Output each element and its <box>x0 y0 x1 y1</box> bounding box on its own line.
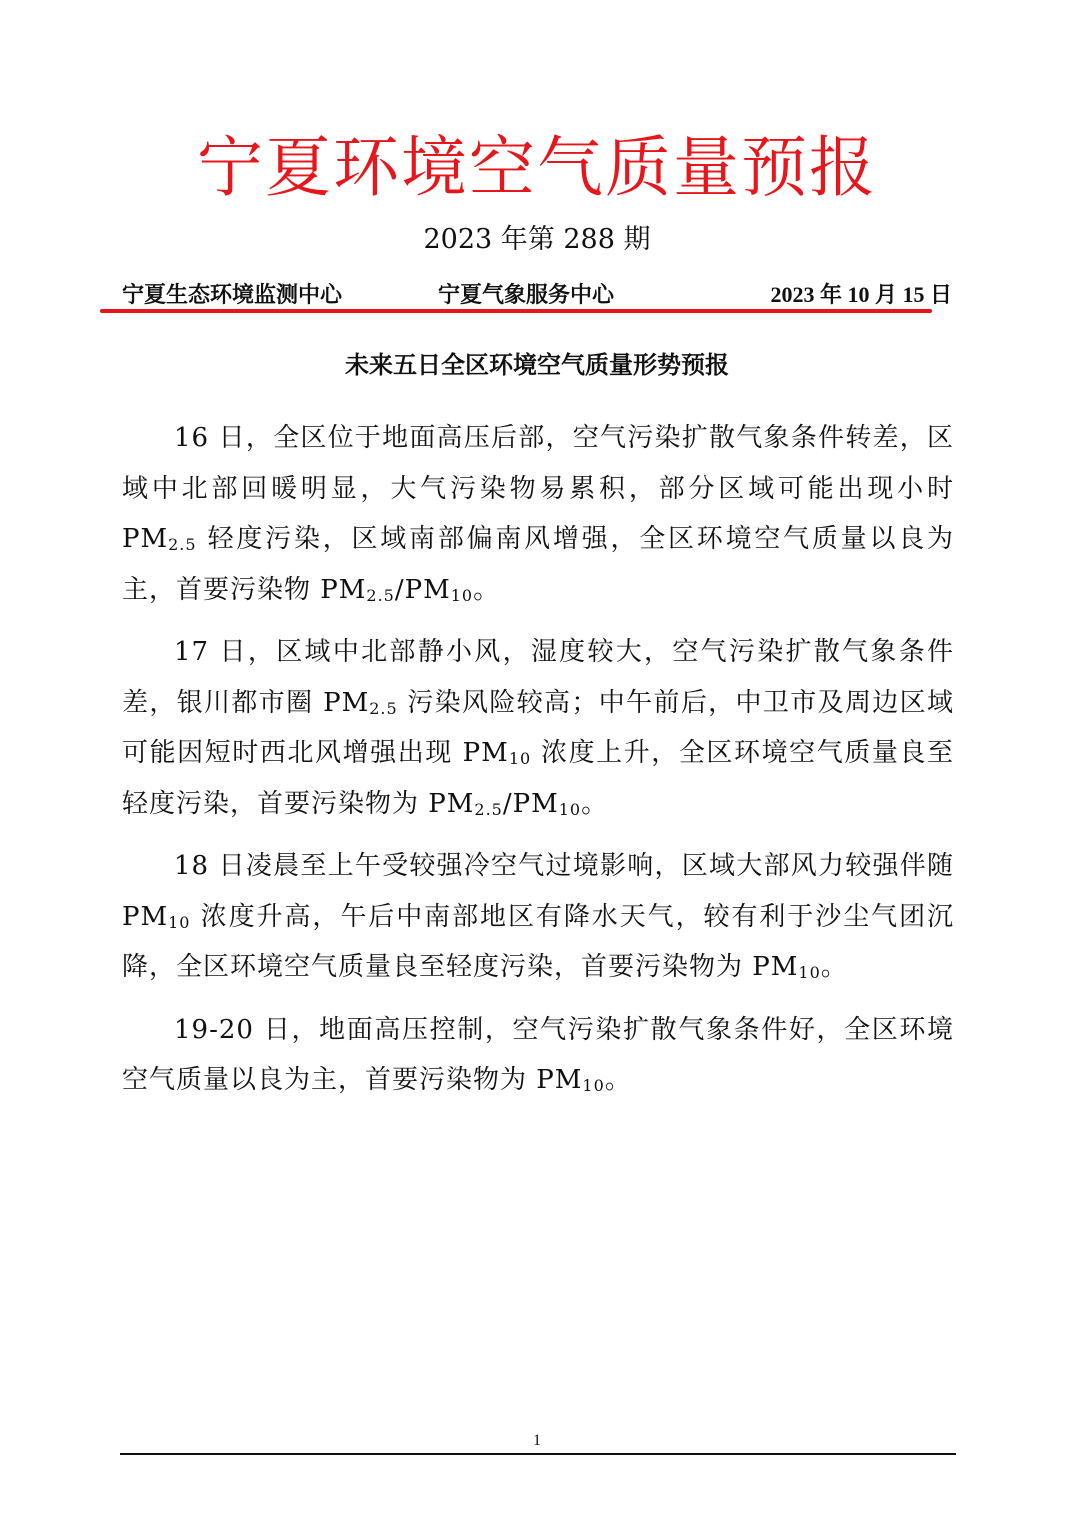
header-meta: 宁夏生态环境监测中心 宁夏气象服务中心 2023 年 10 月 15 日 <box>122 278 952 312</box>
subscript: 10 <box>798 963 820 982</box>
forecast-paragraph: 17 日，区域中北部静小风，湿度较大，空气污染扩散气象条件差，银川都市圈 PM2… <box>122 627 954 829</box>
subscript: 10 <box>168 913 190 932</box>
section-heading: 未来五日全区环境空气质量形势预报 <box>0 345 1074 385</box>
subscript: 2.5 <box>168 535 196 554</box>
red-divider <box>100 309 932 313</box>
forecast-paragraph: 18 日凌晨至上午受较强冷空气过境影响，区域大部风力较强伴随 PM10 浓度升高… <box>122 841 954 993</box>
issue-number: 2023 年第 288 期 <box>0 220 1074 260</box>
subscript: 10 <box>509 749 531 768</box>
subscript: 10 <box>582 1076 604 1095</box>
document-title: 宁夏环境空气质量预报 <box>0 128 1074 208</box>
page-number: 1 <box>0 1432 1074 1450</box>
forecast-paragraph: 19-20 日，地面高压控制，空气污染扩散气象条件好，全区环境空气质量以良为主，… <box>122 1005 954 1106</box>
subscript: 2.5 <box>366 586 394 605</box>
subscript: 10 <box>451 586 473 605</box>
forecast-body: 16 日，全区位于地面高压后部，空气污染扩散气象条件转差，区域中北部回暖明显，大… <box>122 413 954 1118</box>
issuer-meteorological-center: 宁夏气象服务中心 <box>438 278 614 312</box>
footer-divider <box>120 1453 956 1455</box>
issue-date: 2023 年 10 月 15 日 <box>770 278 952 312</box>
issuer-monitoring-center: 宁夏生态环境监测中心 <box>122 278 342 312</box>
subscript: 2.5 <box>474 800 502 819</box>
subscript: 2.5 <box>369 699 397 718</box>
subscript: 10 <box>559 800 581 819</box>
forecast-paragraph: 16 日，全区位于地面高压后部，空气污染扩散气象条件转差，区域中北部回暖明显，大… <box>122 413 954 615</box>
